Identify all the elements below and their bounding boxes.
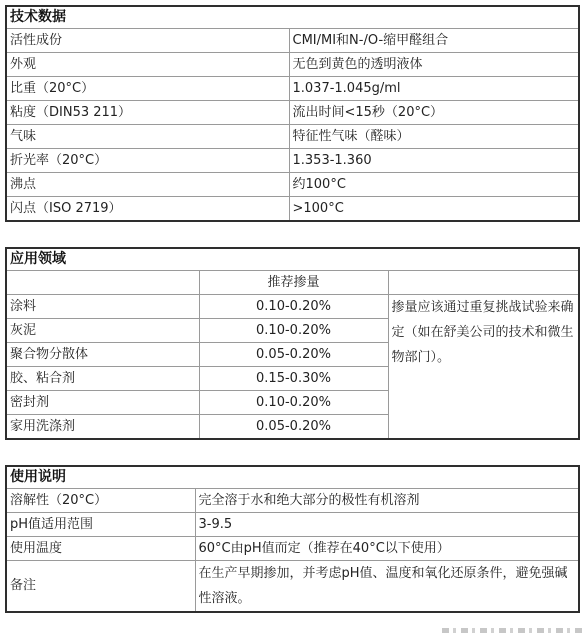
row-value: >100°C bbox=[289, 197, 579, 222]
row-label: 折光率（20°C） bbox=[6, 149, 289, 173]
row-label: 溶解性（20°C） bbox=[6, 489, 195, 513]
technical-data-table: 技术数据 活性成份 CMI/MI和N-/O-缩甲醛组合 外观 无色到黄色的透明液… bbox=[5, 5, 580, 222]
table-title-row: 使用说明 bbox=[6, 466, 579, 489]
row-label: 密封剂 bbox=[6, 391, 199, 415]
row-value: 0.10-0.20% bbox=[199, 391, 388, 415]
table-row: 溶解性（20°C） 完全溶于水和绝大部分的极性有机溶剂 bbox=[6, 489, 579, 513]
row-label: 活性成份 bbox=[6, 29, 289, 53]
row-label: pH值适用范围 bbox=[6, 513, 195, 537]
empty-cell bbox=[6, 271, 199, 295]
row-label: 备注 bbox=[6, 561, 195, 613]
row-value: 0.05-0.20% bbox=[199, 415, 388, 440]
row-value: 在生产早期掺加，并考虑pH值、温度和氧化还原条件，避免强碱性溶液。 bbox=[195, 561, 579, 613]
row-label: 沸点 bbox=[6, 173, 289, 197]
table-title: 技术数据 bbox=[6, 6, 579, 29]
table-row: 粘度（DIN53 211） 流出时间<15秒（20°C） bbox=[6, 101, 579, 125]
table-title-row: 技术数据 bbox=[6, 6, 579, 29]
dosage-note: 掺量应该通过重复挑战试验来确定（如在舒美公司的技术和微生物部门）。 bbox=[388, 295, 579, 440]
table-row: 闪点（ISO 2719） >100°C bbox=[6, 197, 579, 222]
row-value: 流出时间<15秒（20°C） bbox=[289, 101, 579, 125]
row-label: 比重（20°C） bbox=[6, 77, 289, 101]
row-value: 特征性气味（醛味） bbox=[289, 125, 579, 149]
row-label: 胶、粘合剂 bbox=[6, 367, 199, 391]
table-row: pH值适用范围 3-9.5 bbox=[6, 513, 579, 537]
row-value: 0.15-0.30% bbox=[199, 367, 388, 391]
row-label: 外观 bbox=[6, 53, 289, 77]
watermark-fragment bbox=[442, 628, 582, 633]
table-title: 使用说明 bbox=[6, 466, 579, 489]
row-label: 气味 bbox=[6, 125, 289, 149]
table-title-row: 应用领域 bbox=[6, 248, 579, 271]
application-areas-table: 应用领域 推荐掺量 涂料 0.10-0.20% 掺量应该通过重复挑战试验来确定（… bbox=[5, 247, 580, 440]
table-title: 应用领域 bbox=[6, 248, 579, 271]
row-value: 60°C由pH值而定（推荐在40°C以下使用） bbox=[195, 537, 579, 561]
table-gap bbox=[5, 222, 578, 247]
row-value: 1.353-1.360 bbox=[289, 149, 579, 173]
row-label: 家用洗涤剂 bbox=[6, 415, 199, 440]
usage-instructions-table: 使用说明 溶解性（20°C） 完全溶于水和绝大部分的极性有机溶剂 pH值适用范围… bbox=[5, 465, 580, 613]
datasheet-page: 技术数据 活性成份 CMI/MI和N-/O-缩甲醛组合 外观 无色到黄色的透明液… bbox=[5, 5, 578, 613]
row-value: 0.10-0.20% bbox=[199, 295, 388, 319]
row-label: 涂料 bbox=[6, 295, 199, 319]
column-header-dosage: 推荐掺量 bbox=[199, 271, 388, 295]
row-value: 无色到黄色的透明液体 bbox=[289, 53, 579, 77]
table-row: 外观 无色到黄色的透明液体 bbox=[6, 53, 579, 77]
table-row: 气味 特征性气味（醛味） bbox=[6, 125, 579, 149]
table-row: 沸点 约100°C bbox=[6, 173, 579, 197]
row-value: 3-9.5 bbox=[195, 513, 579, 537]
row-label: 灰泥 bbox=[6, 319, 199, 343]
empty-cell bbox=[388, 271, 579, 295]
table-gap bbox=[5, 440, 578, 465]
row-label: 闪点（ISO 2719） bbox=[6, 197, 289, 222]
row-value: 完全溶于水和绝大部分的极性有机溶剂 bbox=[195, 489, 579, 513]
table-row: 折光率（20°C） 1.353-1.360 bbox=[6, 149, 579, 173]
row-value: 约100°C bbox=[289, 173, 579, 197]
table-row: 比重（20°C） 1.037-1.045g/ml bbox=[6, 77, 579, 101]
row-label: 聚合物分散体 bbox=[6, 343, 199, 367]
table-row: 备注 在生产早期掺加，并考虑pH值、温度和氧化还原条件，避免强碱性溶液。 bbox=[6, 561, 579, 613]
row-value: 0.10-0.20% bbox=[199, 319, 388, 343]
table-header-row: 推荐掺量 bbox=[6, 271, 579, 295]
row-value: 1.037-1.045g/ml bbox=[289, 77, 579, 101]
table-row: 涂料 0.10-0.20% 掺量应该通过重复挑战试验来确定（如在舒美公司的技术和… bbox=[6, 295, 579, 319]
table-row: 使用温度 60°C由pH值而定（推荐在40°C以下使用） bbox=[6, 537, 579, 561]
row-value: 0.05-0.20% bbox=[199, 343, 388, 367]
row-label: 粘度（DIN53 211） bbox=[6, 101, 289, 125]
row-label: 使用温度 bbox=[6, 537, 195, 561]
row-value: CMI/MI和N-/O-缩甲醛组合 bbox=[289, 29, 579, 53]
table-row: 活性成份 CMI/MI和N-/O-缩甲醛组合 bbox=[6, 29, 579, 53]
